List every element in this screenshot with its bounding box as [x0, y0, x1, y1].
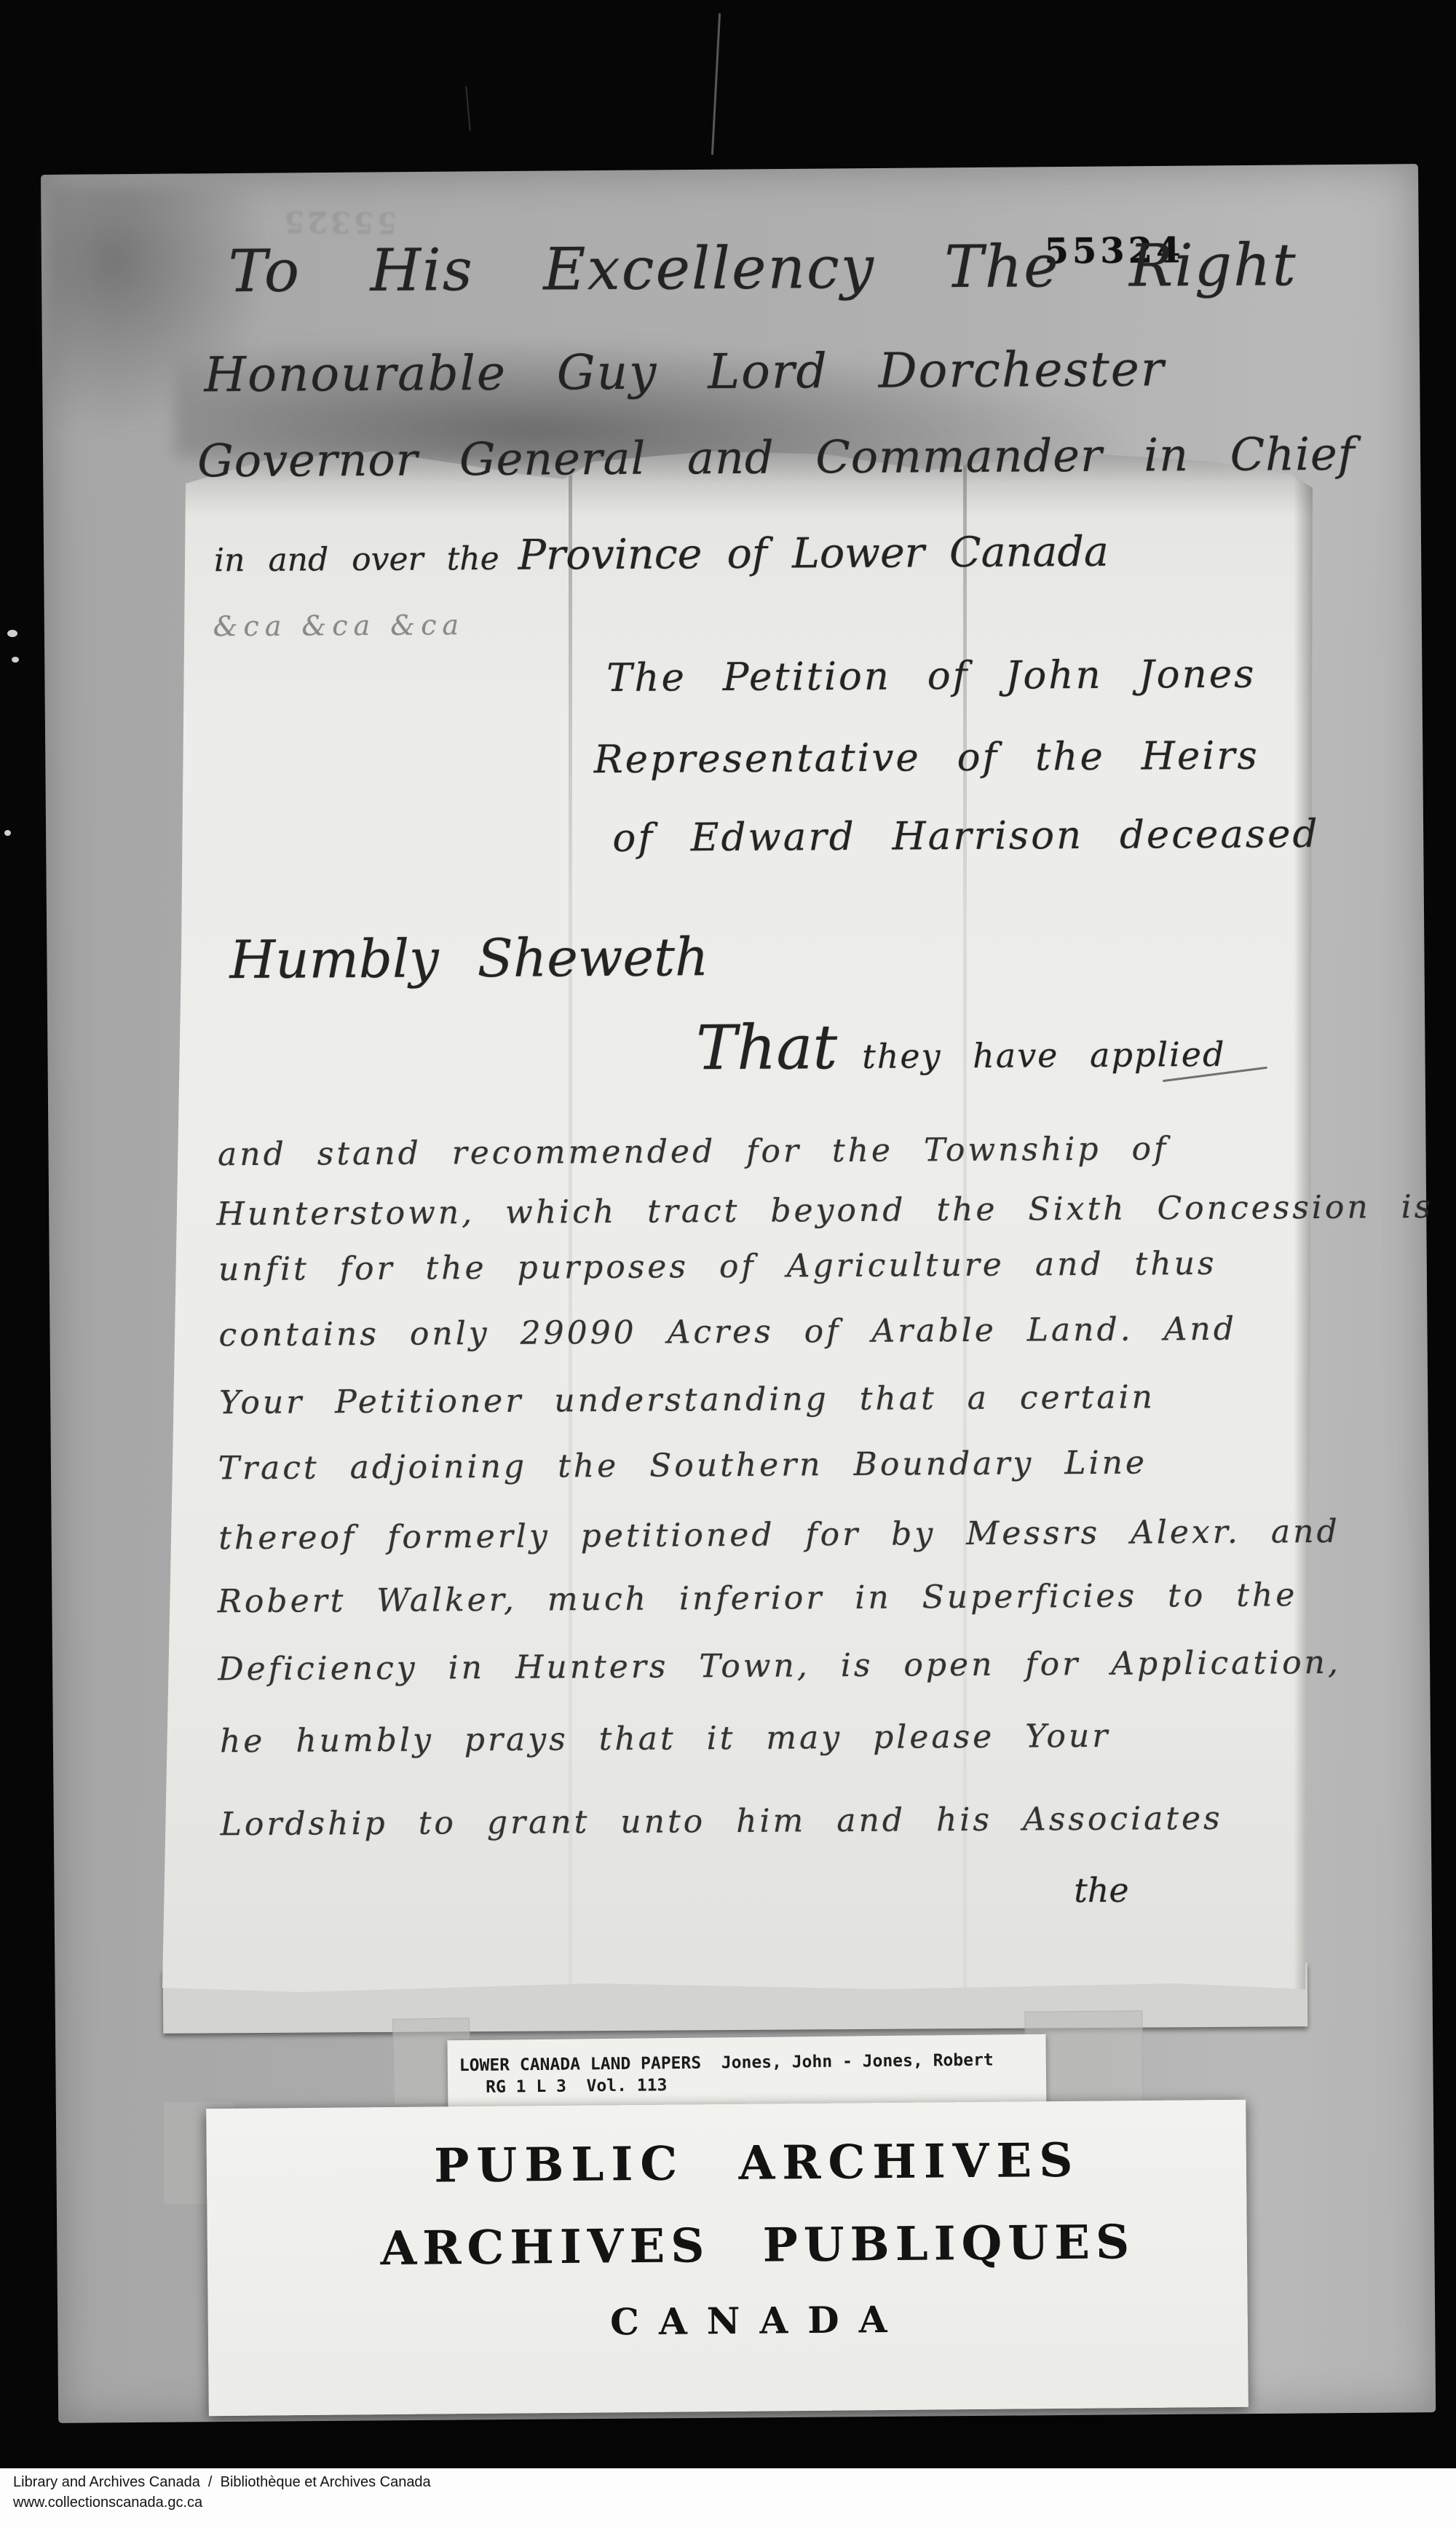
petition-of-line-3: of Edward Harrison deceased	[612, 812, 1319, 861]
body-line-5: Your Petitioner understanding that a cer…	[219, 1378, 1155, 1421]
body-line-4: contains only 29090 Acres of Arable Land…	[218, 1311, 1237, 1354]
label-title-en: PUBLIC ARCHIVES	[237, 2131, 1278, 2195]
scanned-document-page: 55325 55324 To His Excellency The Right …	[0, 0, 1456, 2528]
typed-reference-line1: LOWER CANADA LAND PAPERS Jones, John - J…	[459, 2050, 994, 2075]
footer-url: www.collectionscanada.gc.ca	[13, 2495, 202, 2511]
footer-institution: Library and Archives Canada / Bibliothèq…	[13, 2474, 431, 2491]
address-line-3: Governor General and Commander in Chief	[197, 427, 1356, 488]
body-line-10: he humbly prays that it may please Your	[220, 1718, 1111, 1760]
etcetera-marks: &ca &ca &ca	[213, 609, 465, 642]
petition-of-line-2: Representative of the Heirs	[594, 734, 1259, 783]
body-line-8: Robert Walker, much inferior in Superfic…	[218, 1576, 1298, 1620]
opening-word: That	[696, 1011, 838, 1083]
public-archives-label: PUBLIC ARCHIVES ARCHIVES PUBLIQUES CANAD…	[206, 2100, 1249, 2416]
label-title-fr: ARCHIVES PUBLIQUES	[238, 2213, 1278, 2277]
petition-of-line-1: The Petition of John Jones	[606, 652, 1257, 700]
body-line-1: and stand recommended for the Township o…	[218, 1130, 1169, 1173]
address-line-2: Honourable Guy Lord Dorchester	[204, 341, 1165, 403]
site-footer: Library and Archives Canada / Bibliothèq…	[0, 2468, 1456, 2528]
body-line-11: Lordship to grant unto him and his Assoc…	[221, 1800, 1223, 1843]
address-line-4-small: in and over the	[214, 540, 499, 579]
address-line-4-large: Province of Lower Canada	[518, 528, 1109, 580]
body-line-6: Tract adjoining the Southern Boundary Li…	[218, 1444, 1148, 1487]
label-country: CANADA	[239, 2294, 1278, 2346]
body-line-7: thereof formerly petitioned for by Messr…	[218, 1513, 1340, 1557]
body-line-2: Hunterstown, which tract beyond the Sixt…	[216, 1188, 1433, 1233]
body-line-3: unfit for the purposes of Agriculture an…	[218, 1245, 1217, 1288]
salutation: Humbly Sheweth	[229, 926, 708, 990]
address-line-1: To His Excellency The Right	[228, 231, 1297, 305]
typed-reference-line2: RG 1 L 3 Vol. 113	[486, 2076, 668, 2097]
catchword: the	[1074, 1871, 1129, 1910]
body-line-9: Deficiency in Hunters Town, is open for …	[218, 1644, 1341, 1688]
opening-rest: they have applied	[862, 1035, 1226, 1076]
stamp-bleedthrough: 55325	[281, 204, 397, 240]
